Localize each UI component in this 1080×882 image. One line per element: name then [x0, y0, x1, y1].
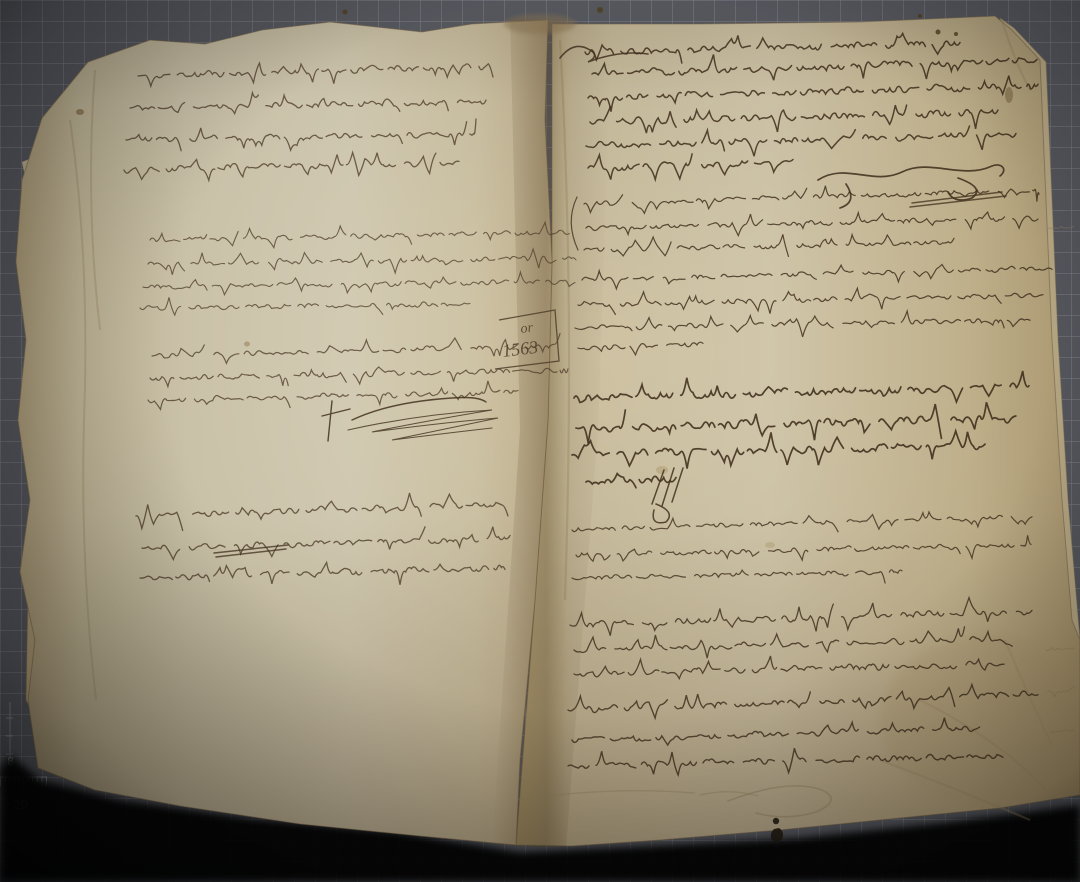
speck [918, 14, 922, 18]
speck [597, 7, 603, 13]
speck [936, 30, 941, 35]
ink-blot-dot [773, 818, 779, 824]
speck [954, 32, 958, 36]
speck [343, 10, 348, 15]
inscription-word-or: or [520, 320, 535, 336]
left-page [16, 20, 552, 845]
left-page-spot [76, 109, 84, 115]
manuscript-book: or 1563 [16, 7, 1080, 848]
gutter-top-smudge [504, 14, 576, 34]
small-stain-1 [656, 466, 668, 474]
manuscript-photo-canvas: 8 20 [0, 0, 1080, 882]
edge-stain [1005, 87, 1013, 103]
small-stain-2 [765, 542, 775, 548]
photograph-of-manuscript: 8 20 [0, 0, 1080, 882]
left-page-shading [16, 20, 552, 845]
left-page-speck [244, 342, 250, 347]
